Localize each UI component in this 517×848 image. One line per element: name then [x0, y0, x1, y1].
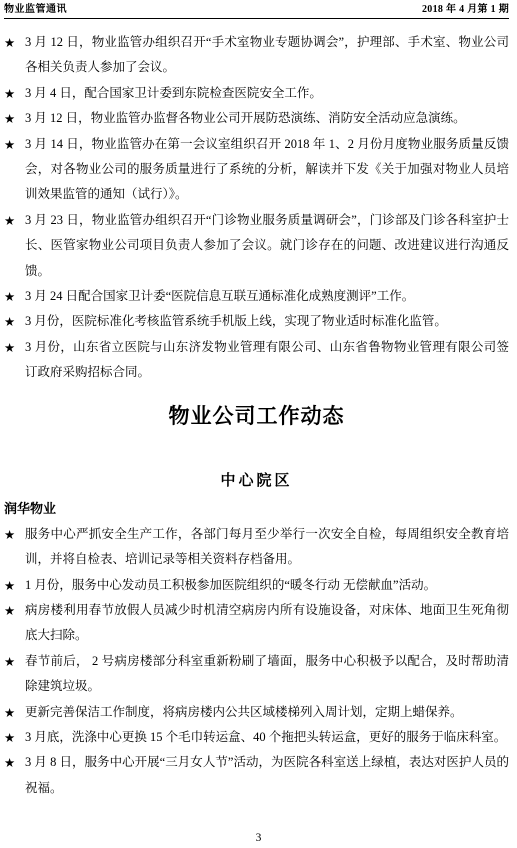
company-news-item-text: 1 月份，服务中心发动员工积极参加医院组织的“暖冬行动 无偿献血”活动。 — [25, 573, 509, 598]
star-bullet-icon: ★ — [4, 335, 25, 386]
news-item: ★ 3 月 14 日，物业监管办在第一会议室组织召开 2018 年 1、2 月份… — [4, 132, 509, 208]
star-bullet-icon: ★ — [4, 598, 25, 649]
company-news-item-text: 更新完善保洁工作制度，将病房楼内公共区域楼梯列入周计划，定期上蜡保养。 — [25, 700, 509, 725]
company-news-item-text: 3 月底，洗涤中心更换 15 个毛巾转运盒、40 个拖把头转运盒，更好的服务于临… — [25, 725, 509, 750]
page-number: 3 — [256, 832, 262, 844]
news-item-text: 3 月 23 日，物业监管办组织召开“门诊物业服务质量调研会”，门诊部及门诊各科… — [25, 208, 509, 284]
star-bullet-icon: ★ — [4, 649, 25, 700]
news-item-text: 3 月份，医院标准化考核监管系统手机版上线，实现了物业适时标准化监管。 — [25, 309, 509, 334]
news-item-text: 3 月 14 日，物业监管办在第一会议室组织召开 2018 年 1、2 月份月度… — [25, 132, 509, 208]
news-list: ★ 3 月 12 日，物业监管办组织召开“手术室物业专题协调会”，护理部、手术室… — [4, 30, 509, 386]
company-news-list: ★ 服务中心严抓安全生产工作，各部门每月至少举行一次安全自检，每周组织安全教育培… — [4, 522, 509, 801]
star-bullet-icon: ★ — [4, 81, 25, 106]
company-news-item-text: 3 月 8 日，服务中心开展“三月女人节”活动，为医院各科室送上绿植，表达对医护… — [25, 750, 509, 801]
star-bullet-icon: ★ — [4, 106, 25, 131]
company-news-item: ★ 更新完善保洁工作制度，将病房楼内公共区域楼梯列入周计划，定期上蜡保养。 — [4, 700, 509, 725]
company-news-item-text: 春节前后， 2 号病房楼部分科室重新粉刷了墙面，服务中心积极予以配合，及时帮助清… — [25, 649, 509, 700]
star-bullet-icon: ★ — [4, 132, 25, 208]
star-bullet-icon: ★ — [4, 522, 25, 573]
company-news-item: ★ 春节前后， 2 号病房楼部分科室重新粉刷了墙面，服务中心积极予以配合，及时帮… — [4, 649, 509, 700]
newsletter-title: 物业监管通讯 — [4, 4, 67, 16]
star-bullet-icon: ★ — [4, 750, 25, 801]
star-bullet-icon: ★ — [4, 30, 25, 81]
star-bullet-icon: ★ — [4, 284, 25, 309]
company-news-item: ★ 3 月底，洗涤中心更换 15 个毛巾转运盒、40 个拖把头转运盒，更好的服务… — [4, 725, 509, 750]
company-news-item: ★ 3 月 8 日，服务中心开展“三月女人节”活动，为医院各科室送上绿植，表达对… — [4, 750, 509, 801]
star-bullet-icon: ★ — [4, 700, 25, 725]
news-item-text: 3 月 12 日，物业监管办组织召开“手术室物业专题协调会”，护理部、手术室、物… — [25, 30, 509, 81]
star-bullet-icon: ★ — [4, 725, 25, 750]
news-item: ★ 3 月份，山东省立医院与山东济发物业管理有限公司、山东省鲁物物业管理有限公司… — [4, 335, 509, 386]
company-news-item-text: 服务中心严抓安全生产工作，各部门每月至少举行一次安全自检，每周组织安全教育培训，… — [25, 522, 509, 573]
company-news-item: ★ 服务中心严抓安全生产工作，各部门每月至少举行一次安全自检，每周组织安全教育培… — [4, 522, 509, 573]
news-item: ★ 3 月 24 日配合国家卫计委“医院信息互联互通标准化成熟度测评”工作。 — [4, 284, 509, 309]
company-news-item: ★ 病房楼利用春节放假人员减少时机清空病房内所有设施设备，对床体、地面卫生死角彻… — [4, 598, 509, 649]
newsletter-page: 物业监管通讯 2018 年 4 月第 1 期 ★ 3 月 12 日，物业监管办组… — [0, 0, 517, 848]
news-item-text: 3 月 24 日配合国家卫计委“医院信息互联互通标准化成熟度测评”工作。 — [25, 284, 509, 309]
issue-label: 2018 年 4 月第 1 期 — [422, 4, 509, 16]
news-item-text: 3 月份，山东省立医院与山东济发物业管理有限公司、山东省鲁物物业管理有限公司签订… — [25, 335, 509, 386]
company-news-item-text: 病房楼利用春节放假人员减少时机清空病房内所有设施设备，对床体、地面卫生死角彻底大… — [25, 598, 509, 649]
page-footer: 3 — [0, 832, 517, 844]
news-item-text: 3 月 4 日，配合国家卫计委到东院检查医院安全工作。 — [25, 81, 509, 106]
news-item: ★ 3 月 12 日，物业监管办组织召开“手术室物业专题协调会”，护理部、手术室… — [4, 30, 509, 81]
star-bullet-icon: ★ — [4, 309, 25, 334]
news-item: ★ 3 月 12 日，物业监管办监督各物业公司开展防恐演练、消防安全活动应急演练… — [4, 106, 509, 131]
news-item: ★ 3 月份，医院标准化考核监管系统手机版上线，实现了物业适时标准化监管。 — [4, 309, 509, 334]
page-header: 物业监管通讯 2018 年 4 月第 1 期 — [4, 0, 509, 19]
news-item: ★ 3 月 4 日，配合国家卫计委到东院检查医院安全工作。 — [4, 81, 509, 106]
section-title: 物业公司工作动态 — [4, 403, 509, 429]
company-name: 润华物业 — [4, 501, 509, 517]
star-bullet-icon: ★ — [4, 208, 25, 284]
campus-title: 中心院区 — [4, 472, 509, 490]
news-item: ★ 3 月 23 日，物业监管办组织召开“门诊物业服务质量调研会”，门诊部及门诊… — [4, 208, 509, 284]
news-item-text: 3 月 12 日，物业监管办监督各物业公司开展防恐演练、消防安全活动应急演练。 — [25, 106, 509, 131]
star-bullet-icon: ★ — [4, 573, 25, 598]
company-news-item: ★ 1 月份，服务中心发动员工积极参加医院组织的“暖冬行动 无偿献血”活动。 — [4, 573, 509, 598]
